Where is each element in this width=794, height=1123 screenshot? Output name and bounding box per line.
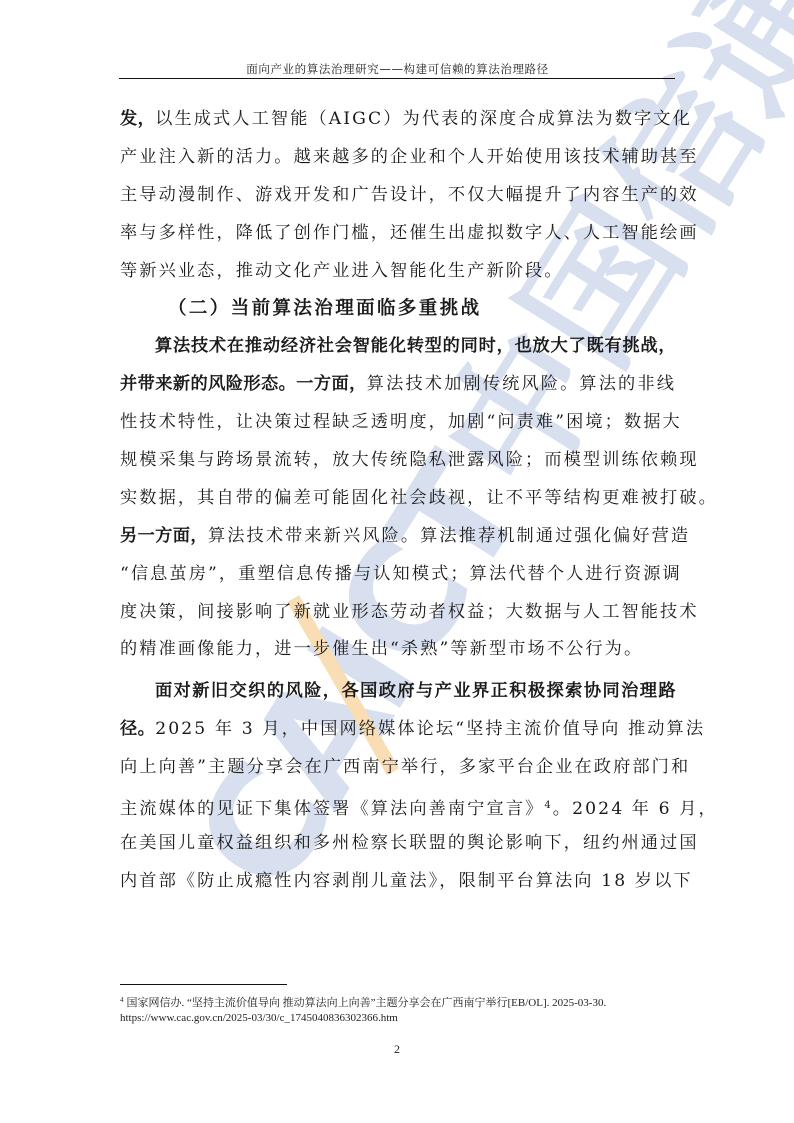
footnote-url[interactable]: https://www.cac.gov.cn/2025-03/30/c_1745… <box>120 1011 680 1026</box>
footnote-ref[interactable]: 4 <box>544 800 552 811</box>
footnote-rule <box>120 984 287 985</box>
page-number: 2 <box>0 1042 794 1057</box>
bold-lead: 发， <box>120 109 155 129</box>
paragraph-line: 产业注入新的活力。越来越多的企业和个人开始使用该技术辅助甚至 <box>120 139 676 177</box>
header-rule <box>119 78 675 79</box>
footnote: 4国家网信办. “坚持主流价值导向 推动算法向上向善”主题分享会在广西南宁举行[… <box>120 993 680 1026</box>
footnote-marker: 4 <box>120 996 124 1004</box>
paragraph-line: 的精准画像能力，进一步催生出“杀熟”等新型市场不公行为。 <box>120 631 676 669</box>
paragraph-line: 面对新旧交织的风险，各国政府与产业界正积极探索协同治理路 <box>120 673 676 711</box>
section-heading: （二）当前算法治理面临多重挑战 <box>120 290 676 328</box>
paragraph-line: 性技术特性，让决策过程缺乏透明度，加剧“问责难”困境；数据大 <box>120 404 676 442</box>
paragraph-line: 主流媒体的见证下集体签署《算法向善南宁宣言》4。2024 年 6 月， <box>120 787 676 825</box>
document-page: CAICT 中国信通院 面向产业的算法治理研究——构建可信赖的算法治理路径 发，… <box>0 0 794 1123</box>
running-header: 面向产业的算法治理研究——构建可信赖的算法治理路径 <box>120 61 675 77</box>
paragraph-line: “信息茧房”，重塑信息传播与认知模式；算法代替个人进行资源调 <box>120 556 676 594</box>
paragraph-line: 向上向善”主题分享会在广西南宁举行，多家平台企业在政府部门和 <box>120 749 676 787</box>
paragraph-line: 规模采集与跨场景流转，放大传统隐私泄露风险；而模型训练依赖现 <box>120 442 676 480</box>
paragraph-line: 径。2025 年 3 月，中国网络媒体论坛“坚持主流价值导向 推动算法 <box>120 711 676 749</box>
paragraph-line: 度决策，间接影响了新就业形态劳动者权益；大数据与人工智能技术 <box>120 594 676 632</box>
paragraph-line: 另一方面，算法技术带来新兴风险。算法推荐机制通过强化偏好营造 <box>120 518 676 556</box>
paragraph-line: 并带来新的风险形态。一方面，算法技术加剧传统风险。算法的非线 <box>120 366 676 404</box>
paragraph-line: 在美国儿童权益组织和多州检察长联盟的舆论影响下，纽约州通过国 <box>120 825 676 863</box>
paragraph-line: 内首部《防止成瘾性内容剥削儿童法》，限制平台算法向 18 岁以下 <box>120 863 676 901</box>
body-text: 发，以生成式人工智能（AIGC）为代表的深度合成算法为数字文化 产业注入新的活力… <box>120 101 676 901</box>
paragraph-line: 率与多样性，降低了创作门槛，还催生出虚拟数字人、人工智能绘画 <box>120 215 676 253</box>
paragraph-line: 主导动漫制作、游戏开发和广告设计，不仅大幅提升了内容生产的效 <box>120 177 676 215</box>
paragraph-line: 实数据，其自带的偏差可能固化社会歧视，让不平等结构更难被打破。 <box>120 480 676 518</box>
paragraph-line: 等新兴业态，推动文化产业进入智能化生产新阶段。 <box>120 253 676 291</box>
paragraph-line: 算法技术在推动经济社会智能化转型的同时，也放大了既有挑战， <box>120 328 676 366</box>
footnote-line: 4国家网信办. “坚持主流价值导向 推动算法向上向善”主题分享会在广西南宁举行[… <box>120 993 680 1011</box>
paragraph-line: 发，以生成式人工智能（AIGC）为代表的深度合成算法为数字文化 <box>120 101 676 139</box>
